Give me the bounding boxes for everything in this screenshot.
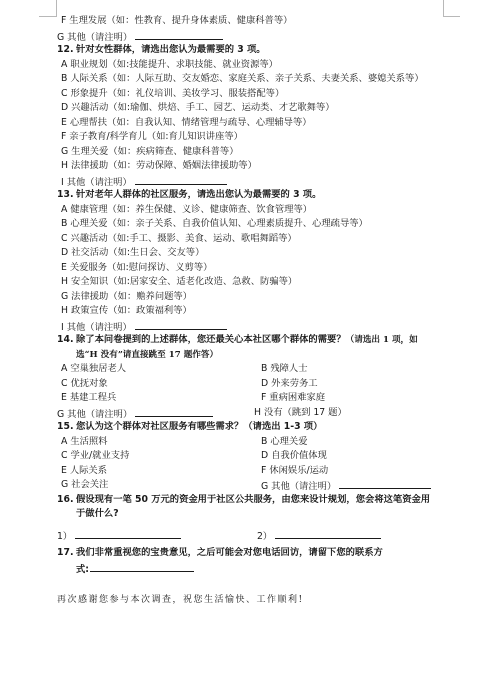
q16-question-line2: 于做什么?: [57, 507, 447, 522]
crop-mark-left-horizontal: [39, 16, 57, 17]
q15-option-a[interactable]: A 生活照料: [57, 435, 261, 450]
q13-option-g[interactable]: G 法律援助（如：赡养问题等）: [57, 290, 447, 305]
q13-question: 13.针对老年人群体的社区服务，请选出您认为最需要的 3 项。: [57, 188, 447, 203]
closing-thanks: 再次感谢您参与本次调查，祝您生活愉快、工作顺利!: [57, 592, 304, 605]
q14-question: 14.除了本问卷提到的上述群体，您还最关心本社区哪个群体的需要？（请选出 1 项…: [57, 333, 447, 348]
q11-option-g[interactable]: G 其他（请注明）: [57, 29, 447, 44]
q15-other-blank[interactable]: [339, 478, 431, 489]
q13-option-a[interactable]: A 健康管理（如：养生保健、义诊、健康筛查、饮食管理等）: [57, 203, 447, 218]
q13-option-c[interactable]: C 兴趣活动（如:手工、摄影、美食、运动、歌唱舞蹈等）: [57, 232, 447, 247]
q12-option-a[interactable]: A 职业规划（如:技能提升、求职技能、就业资源等）: [57, 58, 447, 73]
q12-option-d[interactable]: D 兴趣活动（如:瑜伽、烘焙、手工、园艺、运动类、才艺歌舞等）: [57, 101, 447, 116]
q13-option-b[interactable]: B 心理关爱（如：亲子关系、自我价值认知、心理素质提升、心理疏导等）: [57, 217, 447, 232]
q14-option-a[interactable]: A 空巢独居老人: [57, 362, 261, 377]
q13-option-d[interactable]: D 社交活动（如:生日会、交友等）: [57, 246, 447, 261]
q15-question: 15.您认为这个群体对社区服务有哪些需求？（请选出 1-3 项）: [57, 420, 447, 435]
q12-other-blank[interactable]: [135, 174, 227, 185]
q14-row: A 空巢独居老人B 残障人士: [57, 362, 447, 377]
q15-row: C 学业/就业支持D 自我价值体现: [57, 449, 447, 464]
q14-option-f[interactable]: F 重病困难家庭: [261, 391, 325, 406]
q13-option-h-safety[interactable]: H 安全知识（如:居家安全、适老化改造、急救、防骗等）: [57, 275, 447, 290]
q17-question: 17.我们非常重视您的宝贵意见，之后可能会对您电话回访，请留下您的联系方: [57, 546, 447, 561]
q14-row: E 基建工程兵F 重病困难家庭: [57, 391, 447, 406]
q11-other-blank[interactable]: [135, 29, 223, 40]
q12-option-i[interactable]: I 其他（请注明）: [57, 174, 447, 189]
q15-option-b[interactable]: B 心理关爱: [261, 435, 308, 450]
q15-row: A 生活照料B 心理关爱: [57, 435, 447, 450]
q14-row: G 其他（请注明）H 没有（跳到 17 题）: [57, 406, 447, 421]
q13-option-i[interactable]: I 其他（请注明）: [57, 319, 447, 334]
q15-row: G 社会关注G 其他（请注明）: [57, 478, 447, 493]
q15-option-d[interactable]: D 自我价值体现: [261, 449, 327, 464]
q12-option-g[interactable]: G 生理关爱（如：疾病筛查、健康科普等）: [57, 145, 447, 160]
q14-option-e[interactable]: E 基建工程兵: [57, 391, 261, 406]
q15-row: E 人际关系F 休闲娱乐/运动: [57, 464, 447, 479]
q14-option-c[interactable]: C 优抚对象: [57, 377, 261, 392]
q15-option-e[interactable]: E 人际关系: [57, 464, 261, 479]
document-page: F 生理发展（如：性教育、提升身体素质、健康科普等） G 其他（请注明） 12.…: [57, 14, 447, 577]
q17-contact-blank[interactable]: [90, 561, 194, 572]
q14-option-d[interactable]: D 外来劳务工: [261, 377, 318, 392]
q12-option-b[interactable]: B 人际关系（如：人际互助、交友婚恋、家庭关系、亲子关系、夫妻关系、婆媳关系等）: [57, 72, 447, 87]
q14-other-blank[interactable]: [135, 406, 213, 417]
q14-option-b[interactable]: B 残障人士: [261, 362, 308, 377]
q17-question-line2: 式:: [57, 561, 447, 578]
q16-question: 16.假设现有一笔 50 万元的资金用于社区公共服务，由您来设计规划，您会将这笔…: [57, 493, 447, 508]
q14-option-g[interactable]: G 其他（请注明）: [57, 406, 257, 421]
q12-option-c[interactable]: C 形象提升（如：礼仪培训、美妆学习、服装搭配等）: [57, 87, 447, 102]
q16-answer-2[interactable]: 2）: [257, 528, 381, 543]
q16-answer-1-blank[interactable]: [75, 528, 181, 539]
q12-option-f[interactable]: F 亲子教育/科学育儿（如:育儿知识讲座等）: [57, 130, 447, 145]
q16-answers: 1） 2）: [57, 528, 447, 543]
q15-option-f[interactable]: F 休闲娱乐/运动: [261, 464, 328, 479]
q12-option-e[interactable]: E 心理帮扶（如：自我认知、情绪管理与疏导、心理辅导等）: [57, 116, 447, 131]
q12-option-h[interactable]: H 法律援助（如：劳动保障、婚姻法律援助等）: [57, 159, 447, 174]
q13-other-blank[interactable]: [135, 319, 227, 330]
q14-option-h[interactable]: H 没有（跳到 17 题）: [254, 406, 347, 421]
q15-option-c[interactable]: C 学业/就业支持: [57, 449, 261, 464]
q14-row: C 优抚对象D 外来劳务工: [57, 377, 447, 392]
q12-question: 12.针对女性群体，请选出您认为最需要的 3 项。: [57, 43, 447, 58]
q14-question-note: 选“H 没有”请直接跳至 17 题作答）: [57, 348, 447, 363]
q16-answer-1[interactable]: 1）: [57, 528, 257, 543]
q15-option-g-social[interactable]: G 社会关注: [57, 478, 261, 493]
q16-answer-2-blank[interactable]: [275, 528, 381, 539]
q13-option-e[interactable]: E 关爱服务（如:慰问探访、义剪等）: [57, 261, 447, 276]
q15-option-g-other[interactable]: G 其他（请注明）: [261, 478, 431, 493]
q11-option-f[interactable]: F 生理发展（如：性教育、提升身体素质、健康科普等）: [57, 14, 447, 29]
q13-option-h-policy[interactable]: H 政策宣传（如：政策福利等）: [57, 304, 447, 319]
